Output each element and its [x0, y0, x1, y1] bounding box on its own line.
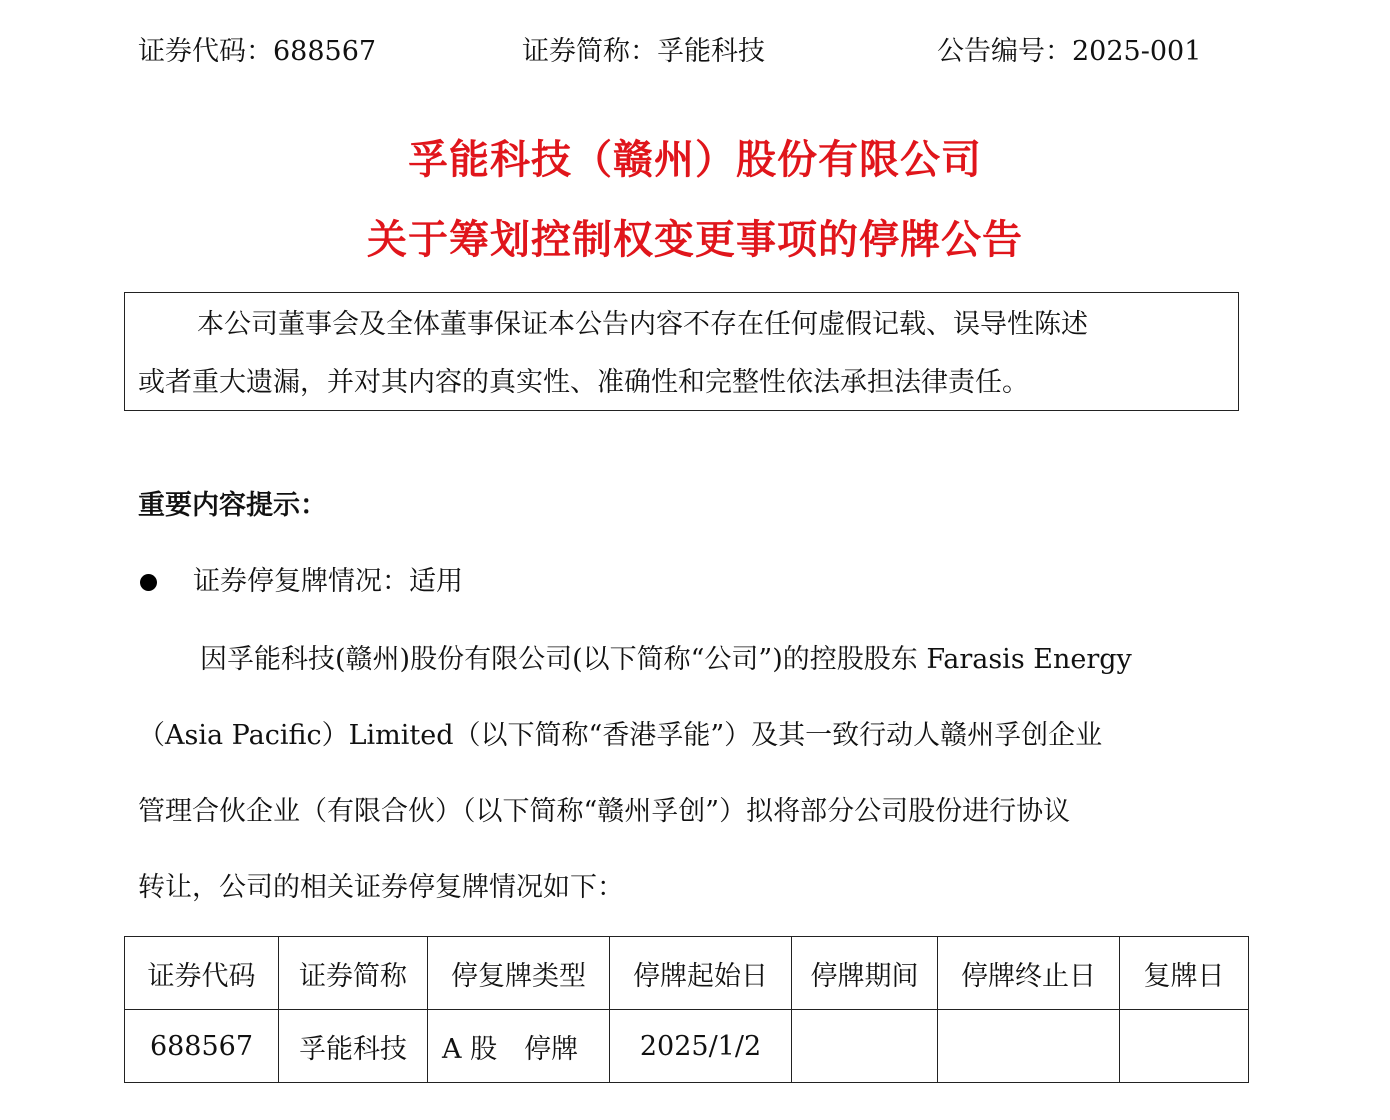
table-cell: 2025/1/2 — [610, 1010, 792, 1083]
body-line-4: 转让，公司的相关证券停复牌情况如下： — [138, 868, 624, 908]
header-cell: 停牌起始日 — [610, 937, 792, 1010]
table-cell: 688567 — [125, 1010, 279, 1083]
table-cell — [1120, 1010, 1249, 1083]
header-cell: 停牌终止日 — [938, 937, 1120, 1010]
security-abbreviation: 证券简称：孚能科技 — [522, 32, 765, 72]
board-guarantee-notice: 本公司董事会及全体董事保证本公告内容不存在任何虚假记载、误导性陈述 或者重大遗漏… — [124, 292, 1239, 411]
important-heading: 重要内容提示： — [138, 486, 327, 526]
document-title-company: 孚能科技（赣州）股份有限公司 — [0, 128, 1390, 185]
header-cell: 复牌日 — [1120, 937, 1249, 1010]
header-cell: 停复牌类型 — [428, 937, 610, 1010]
body-line-3: 管理合伙企业（有限合伙）（以下简称“赣州孚创”）拟将部分公司股份进行协议 — [138, 792, 1070, 832]
table-cell: A 股 停牌 — [428, 1010, 610, 1083]
table-header-row: 证券代码 证券简称 停复牌类型 停牌起始日 停牌期间 停牌终止日 复牌日 — [125, 937, 1249, 1010]
notice-line-1: 本公司董事会及全体董事保证本公告内容不存在任何虚假记载、误导性陈述 — [197, 305, 1088, 345]
bullet-icon — [140, 574, 157, 591]
body-line-1: 因孚能科技(赣州)股份有限公司(以下简称“公司”)的控股股东 Farasis E… — [200, 640, 1132, 680]
table-cell — [792, 1010, 938, 1083]
header-cell: 证券代码 — [125, 937, 279, 1010]
document-title-subject: 关于筹划控制权变更事项的停牌公告 — [0, 208, 1390, 265]
body-line-2: （Asia Pacific）Limited（以下简称“香港孚能”）及其一致行动人… — [138, 716, 1102, 756]
table-cell — [938, 1010, 1120, 1083]
security-code: 证券代码：688567 — [138, 32, 376, 72]
notice-line-2: 或者重大遗漏，并对其内容的真实性、准确性和完整性依法承担法律责任。 — [138, 363, 1029, 403]
table-row: 688567 孚能科技 A 股 停牌 2025/1/2 — [125, 1010, 1249, 1083]
table-cell: 孚能科技 — [279, 1010, 428, 1083]
announcement-number: 公告编号：2025-001 — [937, 32, 1201, 72]
header-cell: 证券简称 — [279, 937, 428, 1010]
header-cell: 停牌期间 — [792, 937, 938, 1010]
suspension-status-item: 证券停复牌情况：适用 — [193, 562, 463, 602]
suspension-table: 证券代码 证券简称 停复牌类型 停牌起始日 停牌期间 停牌终止日 复牌日 688… — [124, 936, 1249, 1083]
